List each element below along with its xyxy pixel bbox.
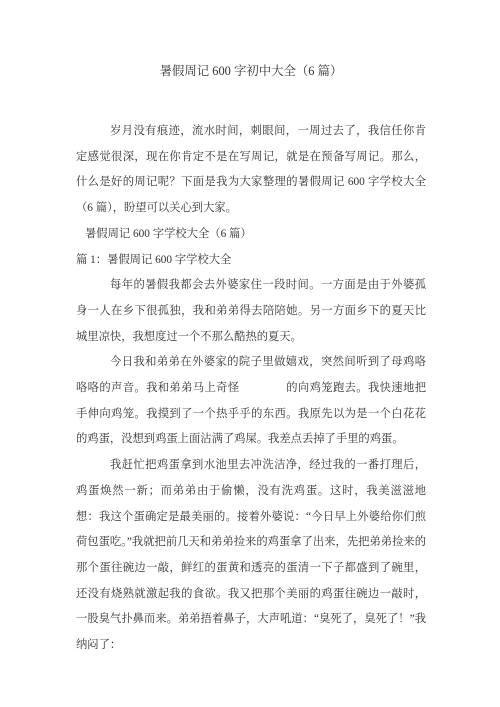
body-paragraph-3: 我赶忙把鸡蛋拿到水池里去冲洗洁净，经过我的一番打理后，鸡蛋焕然一新；而弟弟由于偷…: [76, 453, 426, 659]
intro-paragraph: 岁月没有痕迹，流水时间，刺眼间，一周过去了，我信任你肯定感觉很深，现在你肯定不是…: [76, 119, 426, 222]
section-subtitle: 暑假周记 600 字学校大全（6 篇）: [76, 222, 426, 248]
body-paragraph-2: 今日我和弟弟在外婆家的院子里做嬉戏，突然间听到了母鸡咯咯咯的声音。我和弟弟马上奇…: [76, 350, 426, 453]
document-title: 暑假周记 600 字初中大全（6 篇）: [76, 63, 426, 79]
document-content: 暑假周记 600 字初中大全（6 篇） 岁月没有痕迹，流水时间，刺眼间，一周过去…: [76, 63, 426, 659]
body-paragraph-1: 每年的暑假我都会去外婆家住一段时间。一方面是由于外婆孤身一人在乡下很孤独，我和弟…: [76, 273, 426, 350]
document-page: { "document": { "background": "#ffffff",…: [0, 0, 500, 707]
section-heading: 篇 1：暑假周记 600 字学校大全: [76, 248, 426, 274]
